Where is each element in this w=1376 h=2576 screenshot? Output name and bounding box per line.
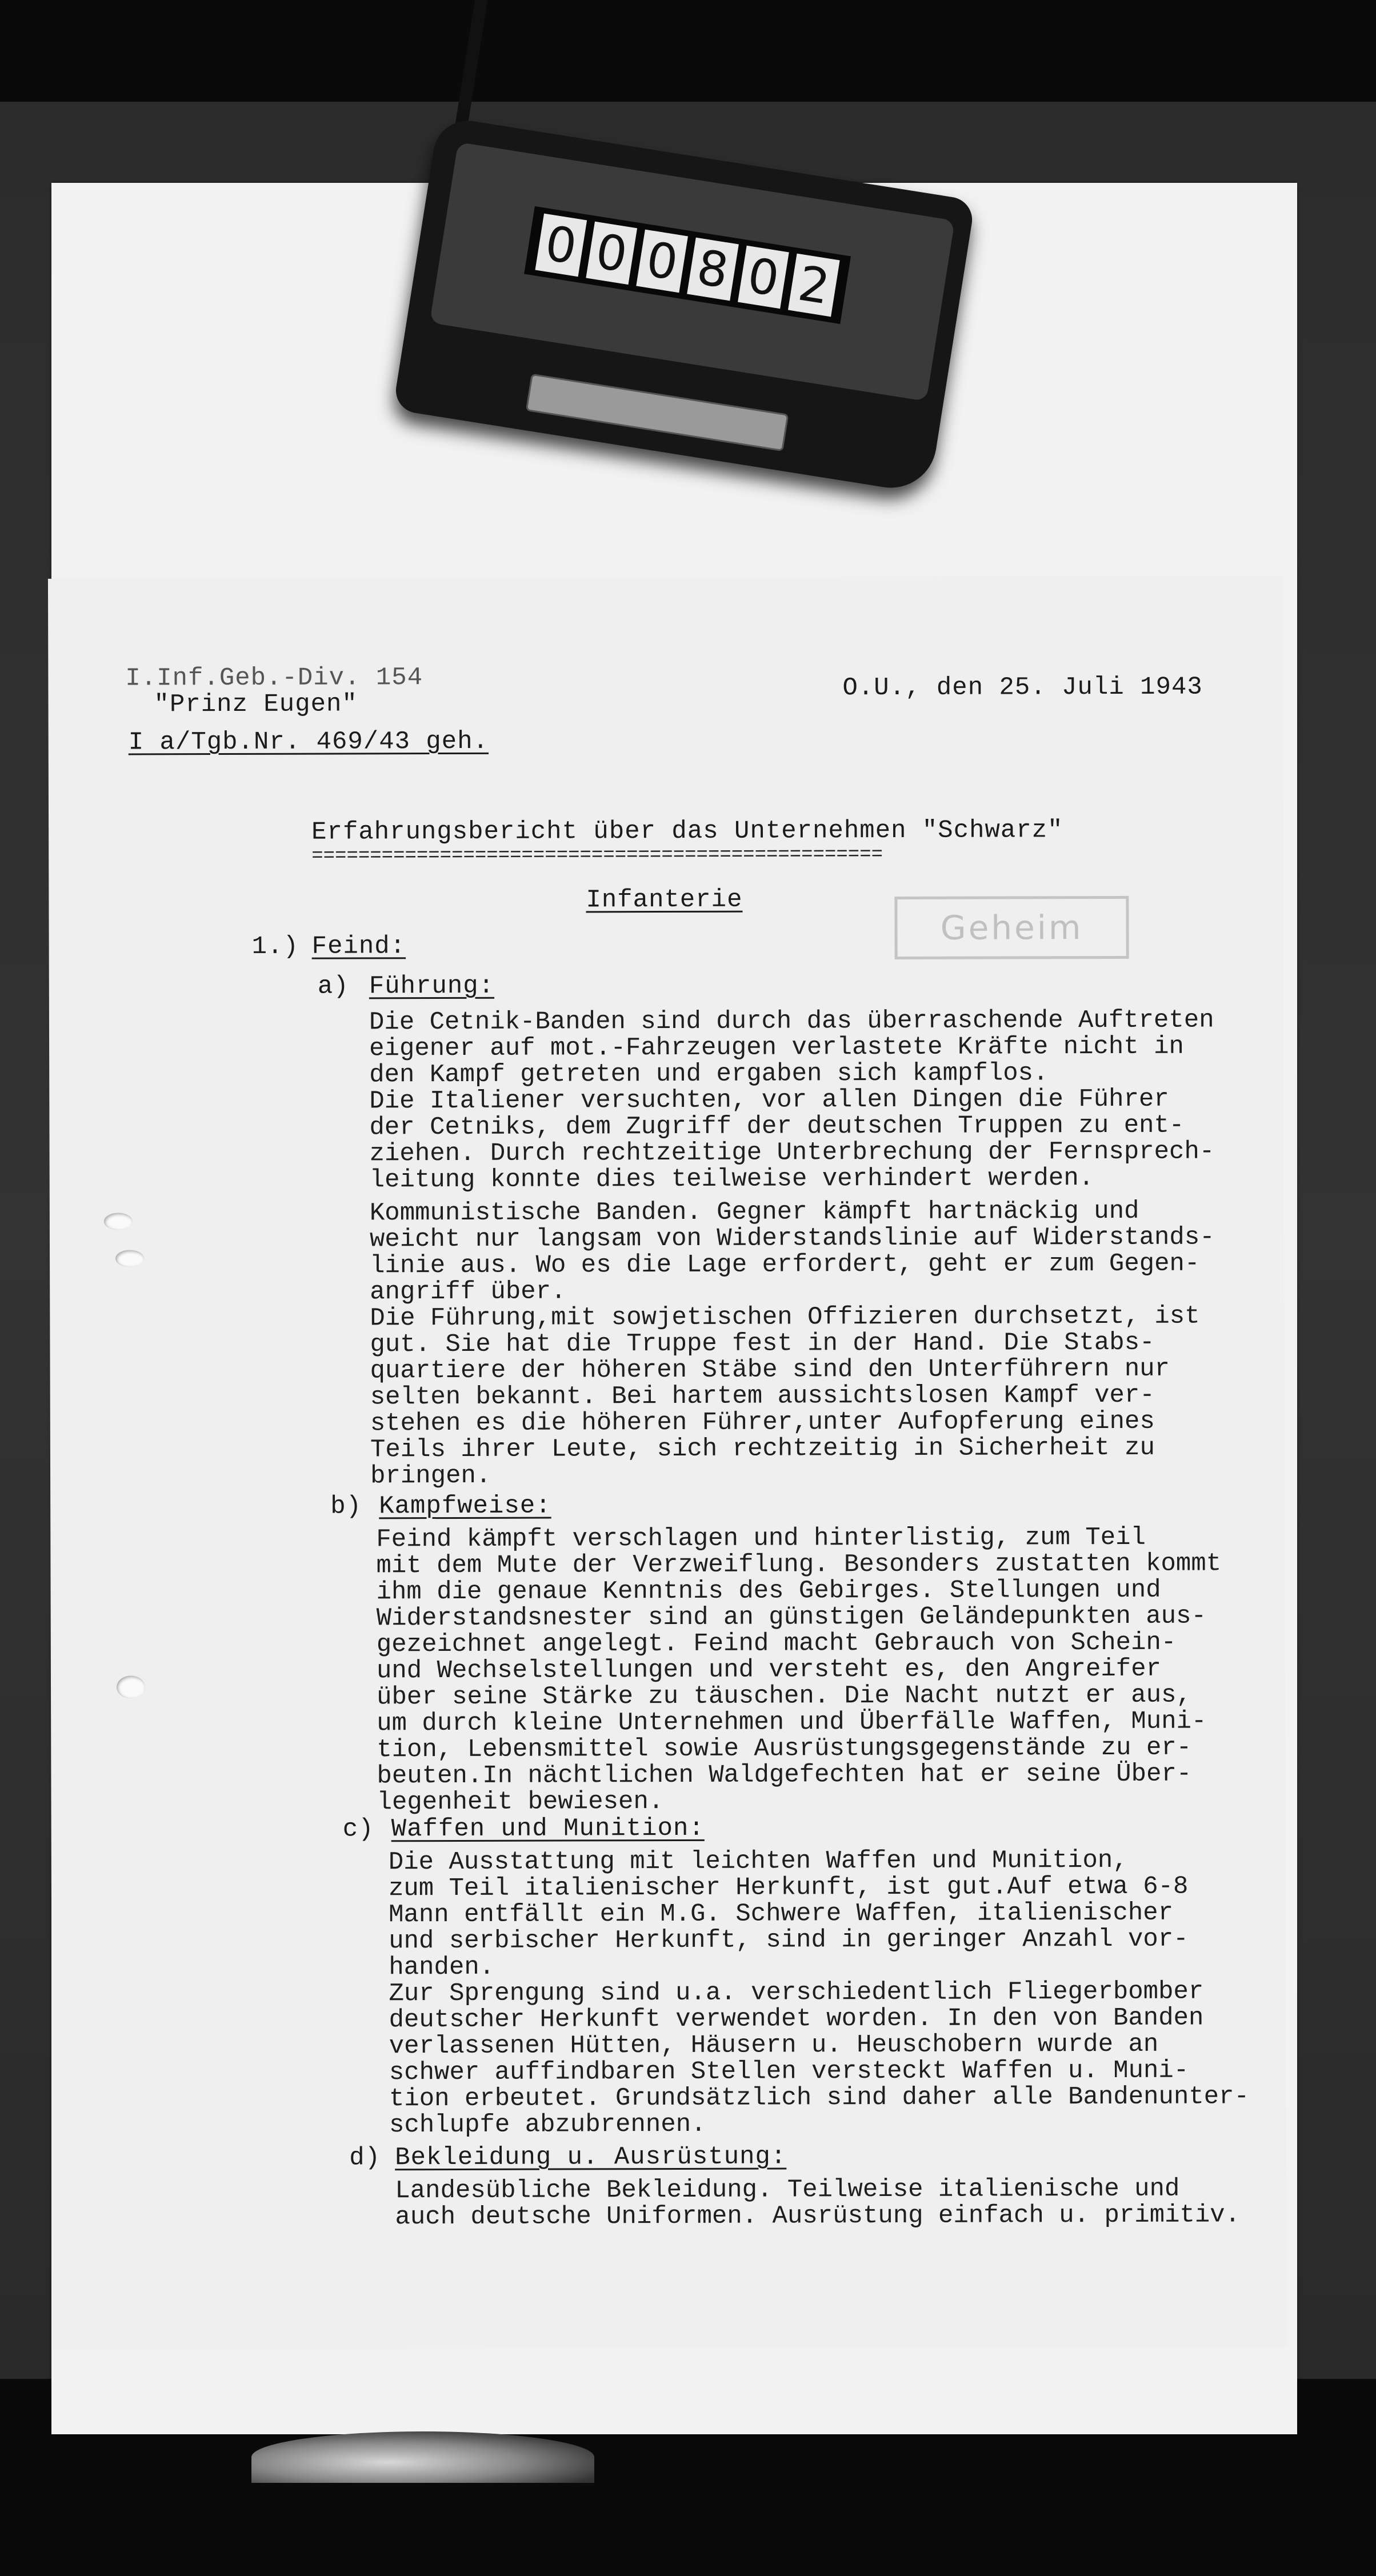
counter-nameplate [526, 374, 789, 452]
text-line: tion, Lebensmittel sowie Ausrüstungsgege… [377, 1734, 1291, 1763]
text-line: und Wechselstellungen und versteht es, d… [377, 1655, 1291, 1684]
text-line: auch deutsche Uniformen. Ausrüstung einf… [395, 2202, 1309, 2230]
text-line: Die Ausstattung mit leichten Waffen und … [389, 1847, 1303, 1875]
text-line: gezeichnet angelegt. Feind macht Gebrauc… [377, 1629, 1291, 1658]
counter-digit: 8 [687, 238, 738, 301]
text-line: linie aus. Wo es die Lage erfordert, geh… [370, 1250, 1284, 1279]
text-line: mit dem Mute der Verzweiflung. Besonders… [376, 1550, 1290, 1579]
subsection-body: Die Ausstattung mit leichten Waffen und … [389, 1847, 1303, 2138]
subsection-letter: c) [343, 1815, 374, 1843]
subsection-heading: Kampfweise: [379, 1492, 551, 1521]
subsection-letter: d) [349, 2143, 381, 2172]
section-heading: Feind: [312, 932, 406, 961]
counter-face: 0 0 0 8 0 2 [430, 142, 955, 402]
text-line: Die Führung,mit sowjetischen Offizieren … [370, 1303, 1284, 1331]
text-line: den Kampf getreten und ergaben sich kamp… [369, 1059, 1283, 1088]
film-artifact [251, 2431, 594, 2483]
subsection-body: Die Cetnik-Banden sind durch das überras… [369, 1007, 1285, 1489]
subsection-body: Landesübliche Bekleidung. Teilweise ital… [395, 2175, 1309, 2230]
secret-stamp: Geheim [894, 896, 1129, 959]
text-line: über seine Stärke zu täuschen. Die Nacht… [377, 1682, 1291, 1710]
section-number: 1.) [252, 933, 299, 961]
punch-hole [115, 1250, 144, 1267]
text-line: leitung konnte dies teilweise verhindert… [370, 1165, 1284, 1193]
subsection-heading: Führung: [369, 972, 494, 1001]
unit-name: "Prinz Eugen" [154, 690, 357, 719]
document-page: I.Inf.Geb.-Div. 154 "Prinz Eugen" I a/Tg… [48, 575, 1287, 2350]
text-line: Die Italiener versuchten, vor allen Ding… [369, 1086, 1283, 1114]
text-line: gut. Sie hat die Truppe fest in der Hand… [370, 1329, 1284, 1358]
reference-number: I a/Tgb.Nr. 469/43 geh. [129, 727, 489, 757]
punch-hole [117, 1675, 145, 1698]
text-line: der Cetniks, dem Zugriff der deutschen T… [369, 1112, 1283, 1141]
text-line: selten bekannt. Bei hartem aussichtslose… [370, 1382, 1285, 1410]
text-line: stehen es die höheren Führer,unter Aufop… [370, 1408, 1285, 1437]
text-line: Feind kämpft verschlagen und hinterlisti… [376, 1524, 1290, 1553]
text-line: schwer auffindbaren Stellen versteckt Wa… [389, 2057, 1303, 2086]
text-line: Die Cetnik-Banden sind durch das überras… [369, 1007, 1283, 1035]
text-line: Widerstandsnester sind an günstigen Gelä… [377, 1603, 1291, 1631]
text-line: um durch kleine Unternehmen und Überfäll… [377, 1708, 1291, 1737]
text-line: legenheit bewiesen. [377, 1787, 1291, 1815]
text-line: bringen. [370, 1461, 1285, 1489]
text-line: ihm die genaue Kenntnis des Gebirges. St… [377, 1577, 1291, 1605]
text-line: deutscher Herkunft verwendet worden. In … [389, 2005, 1303, 2033]
punch-hole [104, 1213, 133, 1230]
counter-digit: 0 [586, 222, 637, 285]
text-line: tion erbeutet. Grundsätzlich sind daher … [389, 2083, 1303, 2112]
text-line: Mann entfällt ein M.G. Schwere Waffen, i… [389, 1899, 1303, 1928]
counter-digit: 2 [788, 254, 839, 317]
text-line: Teils ihrer Leute, sich rechtzeitig in S… [370, 1434, 1285, 1463]
document-title: Erfahrungsbericht über das Unternehmen "… [311, 816, 1063, 846]
text-line: Zur Sprengung sind u.a. verschiedentlich… [389, 1978, 1303, 2007]
title-rule: ========================================… [311, 844, 883, 867]
counter-display: 0 0 0 8 0 2 [524, 206, 851, 324]
counter-housing: 0 0 0 8 0 2 [393, 116, 975, 494]
text-line: und serbischer Herkunft, sind in geringe… [389, 1926, 1303, 1954]
subsection-letter: b) [330, 1492, 362, 1521]
text-line: beuten.In nächtlichen Waldgefechten hat … [377, 1761, 1291, 1789]
place-date: O.U., den 25. Juli 1943 [842, 673, 1202, 703]
subsection-heading: Waffen und Munition: [391, 1814, 705, 1843]
text-line: ziehen. Durch rechtzeitige Unterbrechung… [370, 1138, 1284, 1167]
text-line: schlupfe abzubrennen. [389, 2110, 1303, 2138]
text-line: zum Teil italienischer Herkunft, ist gut… [389, 1873, 1303, 1902]
subsection-heading: Bekleidung u. Ausrüstung: [395, 2142, 786, 2172]
text-line: weicht nur langsam von Widerstandslinie … [370, 1224, 1284, 1253]
text-line: Kommunistische Banden. Gegner kämpft har… [370, 1198, 1284, 1226]
section-subtitle: Infanterie [586, 886, 742, 915]
counter-digit: 0 [535, 214, 586, 277]
unit-line: I.Inf.Geb.-Div. 154 [125, 663, 423, 693]
text-line: Landesübliche Bekleidung. Teilweise ital… [395, 2175, 1309, 2204]
counter-digit: 0 [637, 230, 688, 293]
counter-digit: 0 [738, 246, 789, 309]
text-line: eigener auf mot.-Fahrzeugen verlastete K… [369, 1033, 1283, 1062]
text-line: angriff über. [370, 1277, 1284, 1305]
text-line: verlassenen Hütten, Häusern u. Heuschobe… [389, 2031, 1303, 2059]
text-line: quartiere der höheren Stäbe sind den Unt… [370, 1355, 1285, 1384]
subsection-letter: a) [318, 972, 349, 1001]
text-line: handen. [389, 1952, 1303, 1981]
subsection-body: Feind kämpft verschlagen und hinterlisti… [376, 1524, 1291, 1815]
